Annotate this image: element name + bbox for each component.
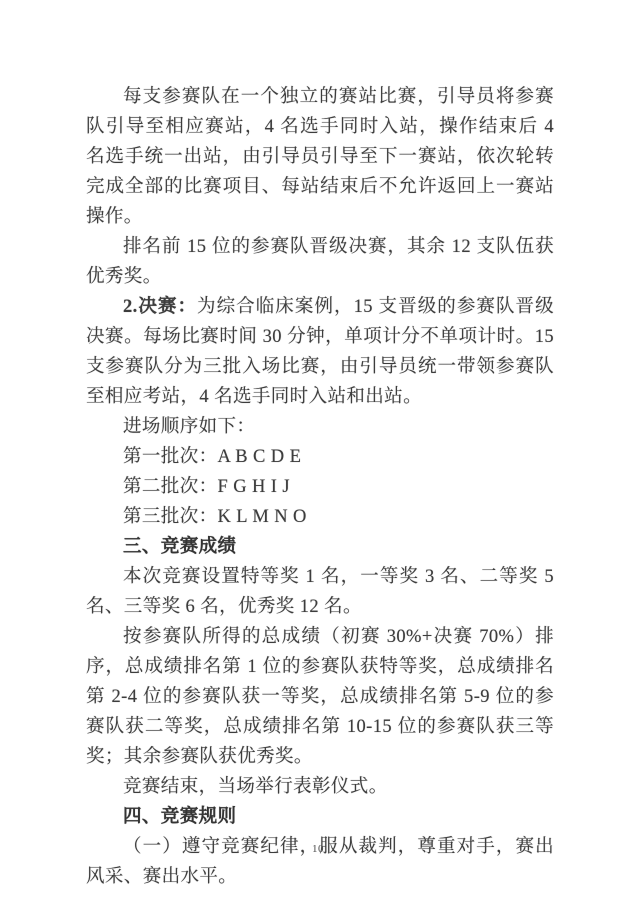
paragraph-award-ceremony: 竞赛结束，当场举行表彰仪式。 (86, 772, 554, 802)
paragraph-batch-1: 第一批次：A B C D E (86, 442, 554, 472)
document-page: 每支参赛队在一个独立的赛站比赛，引导员将参赛队引导至相应赛站，4 名选手同时入站… (0, 0, 636, 900)
heading-competition-rules: 四、竞赛规则 (86, 802, 554, 832)
paragraph-entry-order-label: 进场顺序如下： (86, 412, 554, 442)
paragraph-batch-2: 第二批次：F G H I J (86, 472, 554, 502)
paragraph-qualification: 排名前 15 位的参赛队晋级决赛，其余 12 支队伍获优秀奖。 (86, 232, 554, 292)
paragraph-awards-setup: 本次竞赛设置特等奖 1 名，一等奖 3 名、二等奖 5 名、三等奖 6 名，优秀… (86, 562, 554, 622)
paragraph-station-rotation: 每支参赛队在一个独立的赛站比赛，引导员将参赛队引导至相应赛站，4 名选手同时入站… (86, 82, 554, 232)
paragraph-final-round-lead: 2.决赛： (123, 297, 197, 317)
paragraph-rule-1: （一）遵守竞赛纪律，服从裁判，尊重对手，赛出风采、赛出水平。 (86, 832, 554, 892)
paragraph-final-round: 2.决赛：为综合临床案例，15 支晋级的参赛队晋级决赛。每场比赛时间 30 分钟… (86, 292, 554, 412)
paragraph-batch-3: 第三批次：K L M N O (86, 502, 554, 532)
paragraph-ranking-rules: 按参赛队所得的总成绩（初赛 30%+决赛 70%）排序，总成绩排名第 1 位的参… (86, 622, 554, 772)
heading-competition-results: 三、竞赛成绩 (86, 532, 554, 562)
document-body: 每支参赛队在一个独立的赛站比赛，引导员将参赛队引导至相应赛站，4 名选手同时入站… (86, 82, 554, 892)
page-number: 10 (0, 843, 636, 855)
